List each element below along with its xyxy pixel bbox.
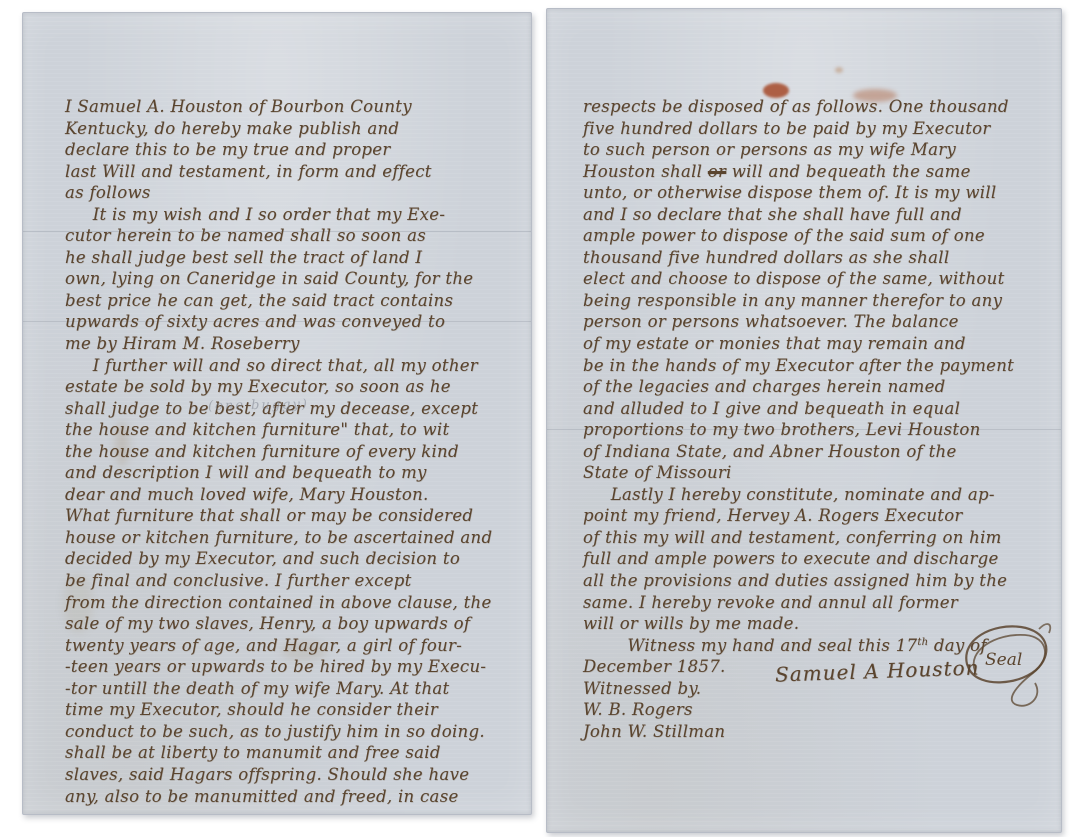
seal-label: Seal [985, 650, 1022, 670]
text-line: of this my will and testament, conferrin… [583, 527, 1053, 549]
text-line: time my Executor, should he consider the… [65, 699, 523, 721]
pencil-interlineation: (one buggy) [208, 397, 309, 414]
text-line: all the provisions and duties assigned h… [583, 570, 1053, 592]
text-line: and I so declare that she shall have ful… [583, 204, 1053, 226]
text-line: of Indiana State, and Abner Houston of t… [583, 441, 1053, 463]
text-line: decided by my Executor, and such decisio… [65, 548, 523, 570]
text-line: I Samuel A. Houston of Bourbon County [65, 96, 523, 118]
text-line: It is my wish and I so order that my Exe… [65, 204, 523, 226]
text-line: proportions to my two brothers, Levi Hou… [583, 419, 1053, 441]
seal-flourish: Seal [955, 609, 1055, 719]
text-line: dear and much loved wife, Mary Houston. [65, 484, 523, 506]
text-line: be final and conclusive. I further excep… [65, 570, 523, 592]
text-line: five hundred dollars to be paid by my Ex… [583, 118, 1053, 140]
text-line: person or persons whatsoever. The balanc… [583, 311, 1053, 333]
text-line: of the legacies and charges herein named [583, 376, 1053, 398]
text-line: slaves, said Hagars offspring. Should sh… [65, 764, 523, 786]
text-line: declare this to be my true and proper [65, 139, 523, 161]
text-line: and description I will and bequeath to m… [65, 462, 523, 484]
text-line: Houston shall or will and bequeath the s… [583, 161, 1053, 183]
text-line: best price he can get, the said tract co… [65, 290, 523, 312]
text-line: house or kitchen furniture, to be ascert… [65, 527, 523, 549]
text-line: he shall judge best sell the tract of la… [65, 247, 523, 269]
text-line: and alluded to I give and bequeath in eq… [583, 398, 1053, 420]
text-line: to such person or persons as my wife Mar… [583, 139, 1053, 161]
text-line: shall be at liberty to manumit and free … [65, 742, 523, 764]
text-line: I further will and so direct that, all m… [65, 355, 523, 377]
text-line: of my estate or monies that may remain a… [583, 333, 1053, 355]
text-line: sale of my two slaves, Henry, a boy upwa… [65, 613, 523, 635]
text-line: last Will and testament, in form and eff… [65, 161, 523, 183]
text-line: being responsible in any manner therefor… [583, 290, 1053, 312]
text-line: any, also to be manumitted and freed, in… [65, 786, 523, 808]
text-line: thousand five hundred dollars as she sha… [583, 247, 1053, 269]
text-line: own, lying on Caneridge in said County, … [65, 268, 523, 290]
text-line: from the direction contained in above cl… [65, 592, 523, 614]
text-line: What furniture that shall or may be cons… [65, 505, 523, 527]
text-line: unto, or otherwise dispose them of. It i… [583, 182, 1053, 204]
text-line: Lastly I hereby constitute, nominate and… [583, 484, 1053, 506]
text-line: respects be disposed of as follows. One … [583, 96, 1053, 118]
text-line: upwards of sixty acres and was conveyed … [65, 311, 523, 333]
text-line: the house and kitchen furniture" that, t… [65, 419, 523, 441]
text-line: be in the hands of my Executor after the… [583, 355, 1053, 377]
document-scan: I Samuel A. Houston of Bourbon CountyKen… [0, 0, 1080, 837]
text-line: -teen years or upwards to be hired by my… [65, 656, 523, 678]
text-line: Kentucky, do hereby make publish and [65, 118, 523, 140]
text-line: point my friend, Hervey A. Rogers Execut… [583, 505, 1053, 527]
text-line: as follows [65, 182, 523, 204]
text-line: cutor herein to be named shall so soon a… [65, 225, 523, 247]
text-line: estate be sold by my Executor, so soon a… [65, 376, 523, 398]
text-line: State of Missouri [583, 462, 1053, 484]
text-line: the house and kitchen furniture of every… [65, 441, 523, 463]
text-line: ample power to dispose of the said sum o… [583, 225, 1053, 247]
will-page-2: respects be disposed of as follows. One … [546, 8, 1062, 833]
seal-scribble-icon: Seal [955, 609, 1055, 719]
text-line: elect and choose to dispose of the same,… [583, 268, 1053, 290]
text-line: -tor untill the death of my wife Mary. A… [65, 678, 523, 700]
will-page-1: I Samuel A. Houston of Bourbon CountyKen… [22, 12, 532, 815]
text-line: full and ample powers to execute and dis… [583, 548, 1053, 570]
text-line: conduct to be such, as to justify him in… [65, 721, 523, 743]
text-line: me by Hiram M. Roseberry [65, 333, 523, 355]
text-line: twenty years of age, and Hagar, a girl o… [65, 635, 523, 657]
text-line: John W. Stillman [583, 721, 1053, 743]
